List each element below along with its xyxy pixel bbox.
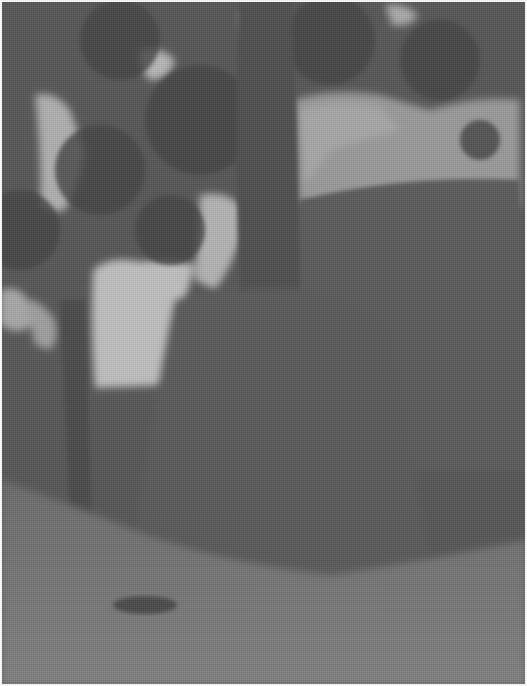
tree-trunk [236, 0, 300, 295]
earthen-mound [130, 289, 430, 578]
dark-object-on-ground [113, 596, 177, 614]
photo-scene [0, 0, 527, 686]
photograph: Grayscale halftone photograph of a large… [0, 0, 527, 686]
